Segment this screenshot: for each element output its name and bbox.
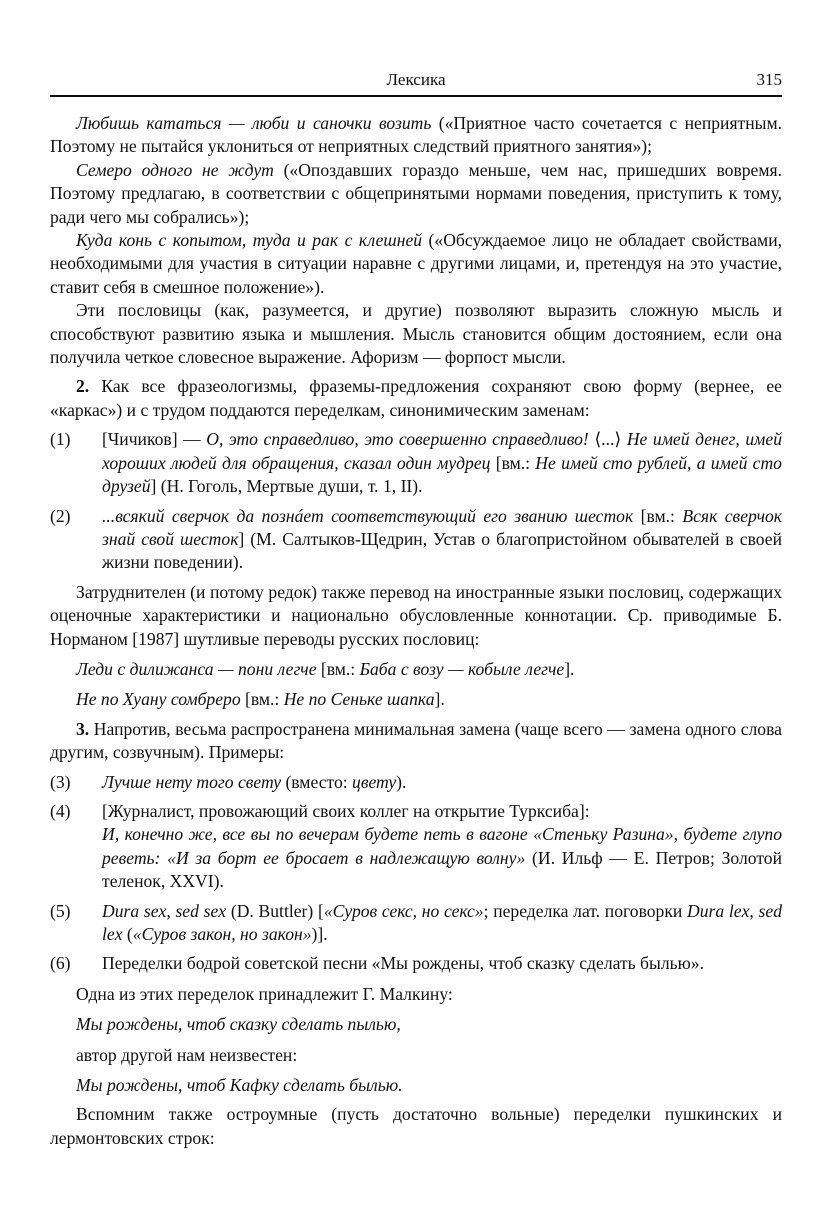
quote: ...всякий сверчок да познáет соответству… [102,506,633,526]
section-3-paragraph: 3. Напротив, весьма распространена миним… [50,718,782,765]
section-number: 3. [76,719,89,739]
example-4: (4) [Журналист, провожающий своих коллег… [50,800,782,894]
quote: Не по Хуану сомбреро [76,689,241,709]
text: ]. [435,689,445,709]
text: ] (Н. Гоголь, Мертвые души, т. 1, II). [151,476,423,496]
example-6: (6) Переделки бодрой советской песни «Мы… [50,952,782,975]
paragraph: Одна из этих переделок принадлежит Г. Ма… [50,983,782,1006]
text: (D. Buttler) [ [226,901,324,921]
example-number: (2) [50,505,102,575]
verse-line: Мы рождены, чтоб сказку сделать пылью, [50,1013,782,1036]
proverb-paragraph: Семеро одного не ждут («Опоздавших гораз… [50,159,782,229]
quote: Мы рождены, чтоб Кафку сделать былью. [76,1075,403,1095]
text: [Чичиков] — [102,429,206,449]
verse-line: Мы рождены, чтоб Кафку сделать былью. [50,1074,782,1097]
quote: Dura sex, sed sex [102,901,226,921]
quote: Лучше нету того свету [102,772,281,792]
section-2-paragraph: 2. Как все фразеологизмы, фраземы-предло… [50,375,782,422]
page-body: Любишь кататься — люби и саночки возить … [50,112,782,1150]
running-title: Лексика [50,70,782,90]
example-number: (6) [50,952,102,975]
paragraph: Эти пословицы (как, разумеется, и другие… [50,299,782,369]
quote: Мы рождены, чтоб сказку сделать пылью, [76,1014,401,1034]
quote: О, это справедливо, это совершенно справ… [206,429,594,449]
proverb: Куда конь с копытом, туда и рак с клешне… [76,230,422,250]
example-number: (1) [50,428,102,498]
text: [Журналист, провожающий своих коллег на … [102,800,782,823]
example-number: (3) [50,771,102,794]
translation-example: Не по Хуану сомбреро [вм.: Не по Сеньке … [50,688,782,711]
quote: Леди с дилижанса — пони легче [76,659,317,679]
proverb-paragraph: Куда конь с копытом, туда и рак с клешне… [50,229,782,299]
example-text: Лучше нету того свету (вместо: цвету). [102,771,782,794]
paragraph: Затруднителен (и потому редок) также пер… [50,581,782,651]
text: [вм.: [241,689,284,709]
text: [вм.: [317,659,360,679]
text: ; переделка лат. поговорки [484,901,687,921]
example-text: [Чичиков] — О, это справедливо, это сове… [102,428,782,498]
paragraph: Вспомним также остроумные (пусть достато… [50,1103,782,1150]
section-number: 2. [76,376,89,396]
proverb: Семеро одного не ждут [76,160,274,180]
paragraph: автор другой нам неизвестен: [50,1044,782,1067]
text: ]. [564,659,574,679]
section-text: Как все фразеологизмы, фраземы-предложен… [50,376,782,419]
quote: «Суров закон, но закон» [133,924,312,944]
running-header: Лексика 315 [50,68,782,94]
example-2: (2) ...всякий сверчок да познáет соответ… [50,505,782,575]
example-number: (4) [50,800,102,894]
quote: Баба с возу — кобыле легче [360,659,565,679]
example-text: ...всякий сверчок да познáет соответству… [102,505,782,575]
text: )]. [312,924,328,944]
text: ⟨...⟩ [594,429,621,449]
quote: Не по Сеньке шапка [284,689,435,709]
proverb-paragraph: Любишь кататься — люби и саночки возить … [50,112,782,159]
example-number: (5) [50,900,102,947]
example-text: [Журналист, провожающий своих коллег на … [102,800,782,894]
example-text: Переделки бодрой советской песни «Мы рож… [102,952,782,975]
text: [вм.: [633,506,682,526]
example-text: Dura sex, sed sex (D. Buttler) [«Суров с… [102,900,782,947]
text: (вместо: [281,772,352,792]
section-text: Напротив, весьма распространена минималь… [50,719,782,762]
page-number: 315 [757,70,783,90]
translation-example: Леди с дилижанса — пони легче [вм.: Баба… [50,658,782,681]
header-rule [50,95,782,97]
example-3: (3) Лучше нету того свету (вместо: цвету… [50,771,782,794]
text: ( [123,924,133,944]
example-1: (1) [Чичиков] — О, это справедливо, это … [50,428,782,498]
quote: «Суров секс, но секс» [324,901,484,921]
text: ). [396,772,406,792]
text: [вм.: [490,453,535,473]
proverb: Любишь кататься — люби и саночки возить [76,113,431,133]
example-5: (5) Dura sex, sed sex (D. Buttler) [«Сур… [50,900,782,947]
quote: цвету [352,772,396,792]
